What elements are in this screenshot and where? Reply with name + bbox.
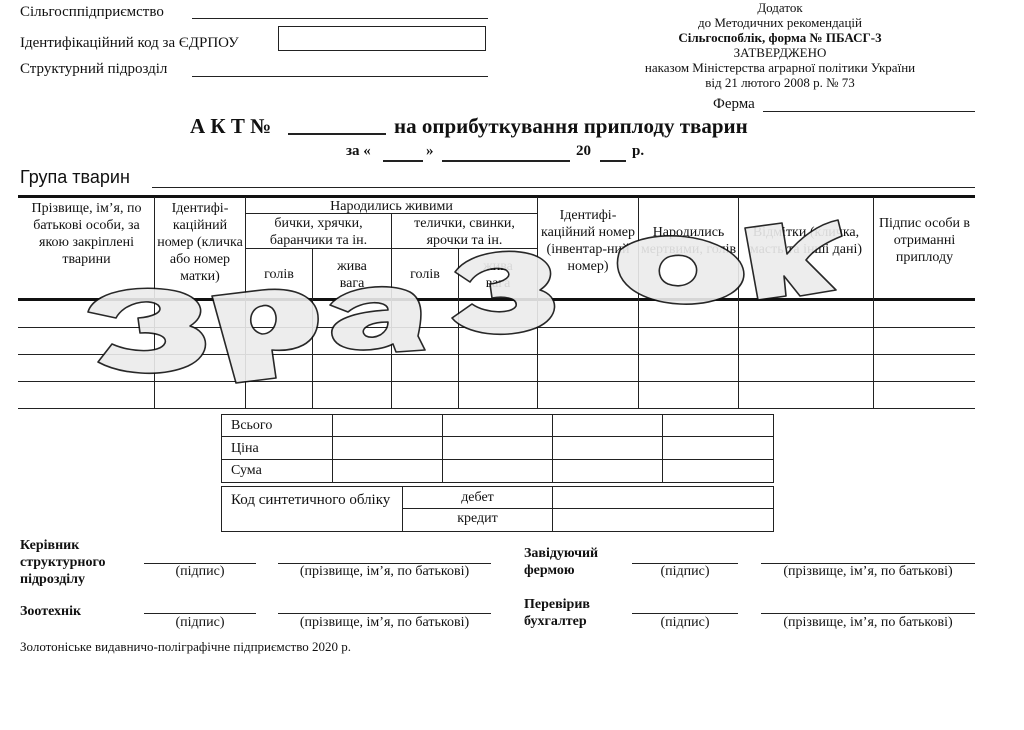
name-caption: (прізвище, ім’я, по батькові) — [278, 564, 491, 580]
sign-caption: (підпис) — [144, 615, 256, 631]
credit-label: кредит — [403, 511, 552, 527]
unit-field[interactable] — [192, 76, 488, 77]
edrpou-field[interactable] — [278, 26, 486, 51]
table-row[interactable] — [18, 300, 975, 327]
farm-field[interactable] — [763, 111, 975, 112]
header-signature: Підпис особи в отриманні приплоду — [874, 215, 975, 266]
header-males-weight: жива вага — [326, 258, 378, 292]
credit-field[interactable] — [553, 509, 773, 531]
approval-block: Додаток до Методичних рекомендацій Сільг… — [630, 0, 930, 90]
date-month-field[interactable] — [442, 160, 570, 162]
date-year-field[interactable] — [600, 160, 626, 162]
act-prefix: А К Т № — [190, 114, 271, 139]
zootechnician-label: Зоотехнік — [20, 604, 81, 620]
date-prefix: за « — [346, 143, 371, 160]
table-bottom-border — [18, 408, 975, 409]
price-label: Ціна — [231, 441, 259, 457]
total-label: Всього — [231, 418, 272, 434]
farm-manager-label: Завідуючий фермою — [524, 545, 634, 579]
sign-caption: (підпис) — [144, 564, 256, 580]
table-row[interactable] — [18, 355, 975, 381]
enterprise-field[interactable] — [192, 18, 488, 19]
farm-label: Ферма — [713, 95, 755, 113]
printer-footer: Золотоніське видавничо-поліграфічне підп… — [20, 639, 351, 655]
table-row[interactable] — [18, 382, 975, 408]
header-females-heads: голів — [392, 266, 458, 283]
header-calf-id: Ідентифі-каційний номер (інвентар-ний но… — [538, 207, 638, 275]
header-females-weight: жива вага — [472, 258, 524, 292]
debit-label: дебет — [403, 490, 552, 506]
appendix-line: Додаток — [630, 0, 930, 15]
order-line: наказом Міністерства аграрної політики У… — [630, 60, 930, 75]
form-number: Сільгоспоблік, форма № ПБАСГ-3 — [630, 30, 930, 45]
page-title: на оприбуткування приплоду тварин — [394, 114, 748, 139]
name-caption: (прізвище, ім’я, по батькові) — [761, 615, 975, 631]
order-date-line: від 21 лютого 2008 р. № 73 — [630, 75, 930, 90]
group-field[interactable] — [152, 187, 975, 188]
price-values[interactable] — [333, 437, 773, 459]
sign-caption: (підпис) — [632, 615, 738, 631]
zootechnician-name-field[interactable] — [278, 613, 491, 614]
sign-caption: (підпис) — [632, 564, 738, 580]
sum-label: Сума — [231, 463, 262, 479]
sum-values[interactable] — [333, 460, 773, 482]
accountant-label: Перевірив бухгалтер — [524, 596, 634, 630]
header-responsible-person: Прізвище, ім’я, по батькові особи, за як… — [19, 200, 154, 268]
accountant-name-field[interactable] — [761, 613, 975, 614]
name-caption: (прізвище, ім’я, по батькові) — [761, 564, 975, 580]
header-females: телички, свинки, ярочки та ін. — [392, 215, 537, 249]
zootechnician-signature-field[interactable] — [144, 613, 256, 614]
header-mother-id: Ідентифі-каційний номер (кличка або номе… — [155, 200, 245, 285]
header-males: бички, хрячки, баранчики та ін. — [246, 215, 391, 249]
date-mid: » — [426, 143, 434, 160]
head-of-unit-label: Керівник структурного підрозділу — [20, 537, 140, 588]
date-day-field[interactable] — [383, 160, 423, 162]
accountant-signature-field[interactable] — [632, 613, 738, 614]
date-year-prefix: 20 — [576, 143, 591, 160]
unit-label: Структурний підрозділ — [20, 60, 167, 78]
name-caption: (прізвище, ім’я, по батькові) — [278, 615, 491, 631]
date-suffix: р. — [632, 143, 644, 160]
header-notes: Відмітки (кличка, масть та інші дані) — [739, 224, 873, 258]
act-number-field[interactable] — [288, 133, 386, 135]
header-born-alive: Народились живими — [246, 198, 537, 215]
table-row[interactable] — [18, 328, 975, 354]
enterprise-label: Сільгосппідприємство — [20, 3, 164, 21]
debit-field[interactable] — [553, 487, 773, 508]
header-males-heads: голів — [246, 266, 312, 283]
group-label: Група тварин — [20, 167, 130, 188]
edrpou-label: Ідентифікаційний код за ЄДРПОУ — [20, 34, 239, 52]
total-values[interactable] — [333, 415, 773, 436]
recommendations-line: до Методичних рекомендацій — [630, 15, 930, 30]
header-born-dead: Народились мертвими, голів — [639, 224, 738, 258]
accounting-code-label: Код синтетичного обліку — [231, 490, 391, 510]
approved-line: ЗАТВЕРДЖЕНО — [630, 45, 930, 60]
